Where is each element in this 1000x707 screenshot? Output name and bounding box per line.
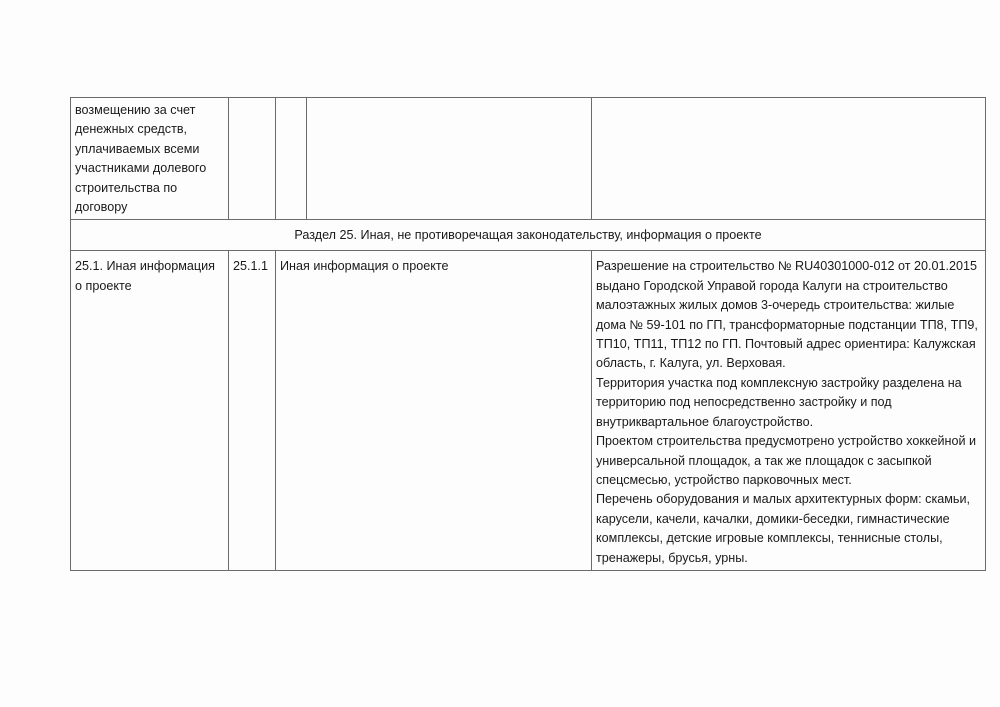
- value-paragraph-territory: Территория участка под комплексную застр…: [596, 374, 982, 432]
- cell-continued-subcode: [276, 98, 307, 220]
- table-row-section-header: Раздел 25. Иная, не противоречащая закон…: [71, 220, 986, 251]
- value-paragraph-equipment: Перечень оборудования и малых архитектур…: [596, 490, 982, 568]
- section-25-header: Раздел 25. Иная, не противоречащая закон…: [71, 220, 986, 251]
- cell-continued-value: [592, 98, 986, 220]
- cell-continued-code: [229, 98, 276, 220]
- table-row-25-1: 25.1. Иная информация о проекте 25.1.1 И…: [71, 251, 986, 571]
- table-row-continued: возмещению за счет денежных средств, упл…: [71, 98, 986, 220]
- document-page: возмещению за счет денежных средств, упл…: [0, 0, 1000, 707]
- value-paragraph-permit: Разрешение на строительство № RU40301000…: [596, 257, 982, 373]
- cell-continued-title: возмещению за счет денежных средств, упл…: [71, 98, 229, 220]
- cell-item-title: 25.1. Иная информация о проекте: [71, 251, 229, 571]
- cell-field-value: Разрешение на строительство № RU40301000…: [592, 251, 986, 571]
- cell-item-code: 25.1.1: [229, 251, 276, 571]
- project-declaration-table: возмещению за счет денежных средств, упл…: [70, 97, 986, 571]
- cell-field-name: Иная информация о проекте: [276, 251, 592, 571]
- cell-continued-field: [307, 98, 592, 220]
- value-paragraph-playgrounds: Проектом строительства предусмотрено уст…: [596, 432, 982, 490]
